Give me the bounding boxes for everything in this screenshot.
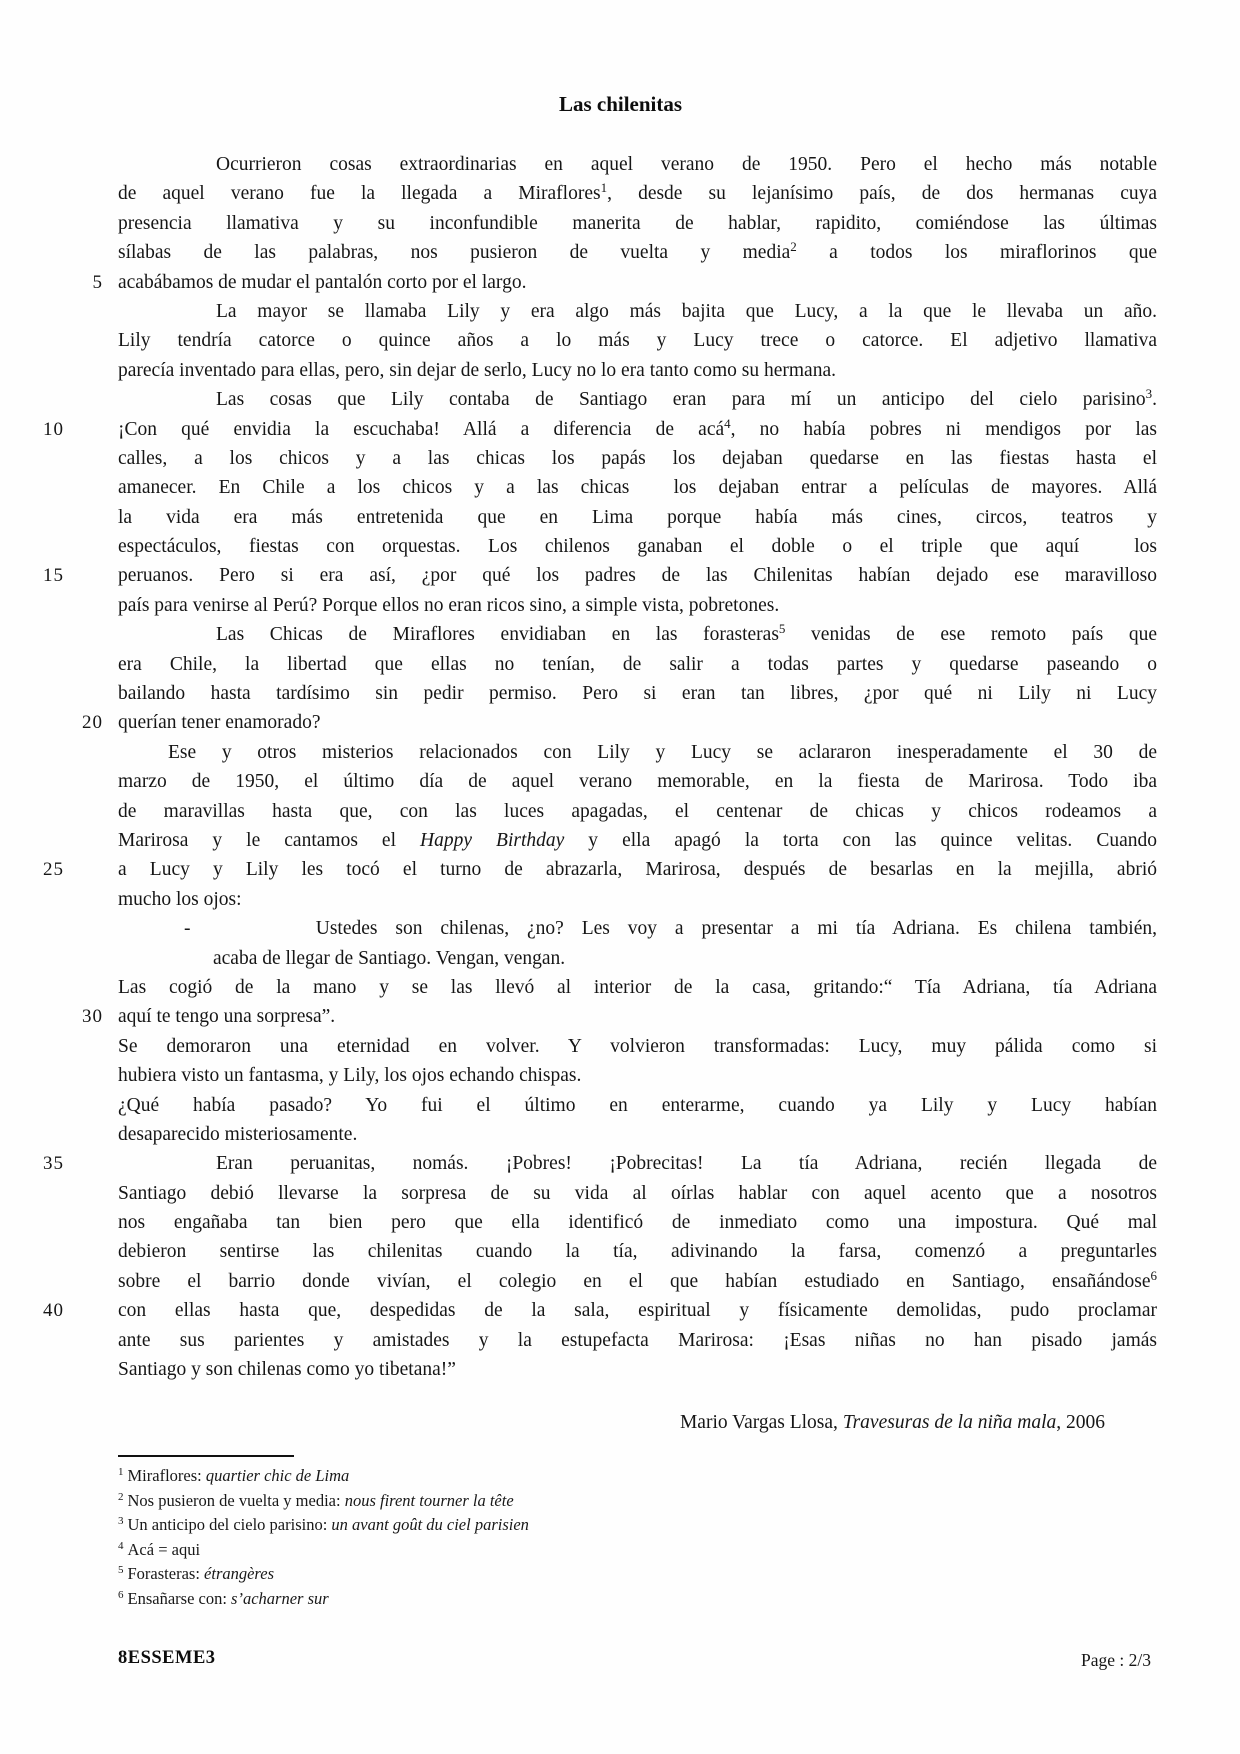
text-line: nos engañaba tan bien pero que ella iden… (118, 1208, 1157, 1237)
attribution: Mario Vargas Llosa, Travesuras de la niñ… (118, 1412, 1157, 1434)
text-run: Las cogió de la mano y se las llevó al i… (118, 977, 1157, 998)
text-line: La mayor se llamaba Lily y era algo más … (118, 297, 1157, 326)
text-run: mucho los ojos: (118, 889, 242, 910)
footnote-line: 4Acá = aqui (118, 1538, 1098, 1563)
footnote-line: 3Un anticipo del cielo parisino: un avan… (118, 1513, 1098, 1538)
text-run: Ese y otros misterios relacionados con L… (168, 742, 1157, 763)
text-run: , desde su lejanísimo país, de dos herma… (607, 183, 1157, 204)
text-run: marzo de 1950, el último día de aquel ve… (118, 771, 1157, 792)
footnote-number: 5 (118, 1564, 128, 1576)
text-line: 25a Lucy y Lily les tocó el turno de abr… (118, 855, 1157, 884)
text-run: desaparecido misteriosamente. (118, 1124, 357, 1145)
text-line: - Ustedes son chilenas, ¿no? Les voy a p… (118, 914, 1157, 943)
attribution-author: Mario Vargas Llosa, (680, 1412, 843, 1433)
text-run: Ensañarse con: (128, 1589, 232, 1608)
text-line: Ese y otros misterios relacionados con L… (118, 738, 1157, 767)
text-run: sílabas de las palabras, nos pusieron de… (118, 242, 790, 263)
footnote-line: 6Ensañarse con: s’acharner sur (118, 1587, 1098, 1612)
text-line: calles, a los chicos y a las chicas los … (118, 444, 1157, 473)
text-line: desaparecido misteriosamente. (118, 1120, 1157, 1149)
italic-text: un avant goût du ciel parisien (331, 1515, 529, 1534)
text-body: Ocurrieron cosas extraordinarias en aque… (118, 150, 1157, 1384)
text-line: 40con ellas hasta que, despedidas de la … (118, 1296, 1157, 1325)
text-line: 20querían tener enamorado? (118, 708, 1157, 737)
text-line: sobre el barrio donde vivían, el colegio… (118, 1267, 1157, 1296)
line-number: 15 (43, 561, 103, 590)
text-run: , no había pobres ni mendigos por las (731, 419, 1157, 440)
line-number: 5 (43, 268, 103, 297)
footnote-number: 6 (118, 1589, 128, 1601)
text-run: Ocurrieron cosas extraordinarias en aque… (216, 154, 1157, 175)
text-run: a todos los miraflorinos que (797, 242, 1157, 263)
text-line: 10¡Con qué envidia la escuchaba! Allá a … (118, 415, 1157, 444)
text-line: ante sus parientes y amistades y la estu… (118, 1326, 1157, 1355)
text-run: era Chile, la libertad que ellas no tení… (118, 654, 1157, 675)
footnote-marker: 5 (779, 621, 786, 636)
text-line: ¿Qué había pasado? Yo fui el último en e… (118, 1091, 1157, 1120)
text-line: 15peruanos. Pero si era así, ¿por qué lo… (118, 561, 1157, 590)
italic-text: étrangères (204, 1564, 274, 1583)
text-line: de aquel verano fue la llegada a Miraflo… (118, 179, 1157, 208)
italic-text: s’acharner sur (231, 1589, 329, 1608)
text-line: amanecer. En Chile a los chicos y a las … (118, 473, 1157, 502)
attribution-work-title: Travesuras de la niña mala (843, 1412, 1056, 1433)
text-run: bailando hasta tardísimo sin pedir permi… (118, 683, 1157, 704)
text-run: hubiera visto un fantasma, y Lily, los o… (118, 1065, 581, 1086)
text-line: acaba de llegar de Santiago. Vengan, ven… (118, 944, 1157, 973)
text-line: parecía inventado para ellas, pero, sin … (118, 356, 1157, 385)
footer-page-number: Page : 2/3 (118, 1650, 1157, 1671)
text-run: y ella apagó la torta con las quince vel… (564, 830, 1157, 851)
text-run: acabábamos de mudar el pantalón corto po… (118, 272, 526, 293)
text-run: nos engañaba tan bien pero que ella iden… (118, 1212, 1157, 1233)
text-run: - Ustedes son chilenas, ¿no? Les voy a p… (184, 918, 1157, 939)
text-line: mucho los ojos: (118, 885, 1157, 914)
footnote-number: 1 (118, 1466, 128, 1478)
text-line: marzo de 1950, el último día de aquel ve… (118, 767, 1157, 796)
text-line: Las cogió de la mano y se las llevó al i… (118, 973, 1157, 1002)
text-line: Las cosas que Lily contaba de Santiago e… (118, 385, 1157, 414)
footnote-line: 5Forasteras: étrangères (118, 1562, 1098, 1587)
footnote-marker: 6 (1151, 1268, 1158, 1283)
text-run: presencia llamativa y su inconfundible m… (118, 213, 1157, 234)
text-run: Marirosa y le cantamos el (118, 830, 420, 851)
text-run: de maravillas hasta que, con las luces a… (118, 801, 1157, 822)
text-line: espectáculos, fiestas con orquestas. Los… (118, 532, 1157, 561)
line-number: 40 (43, 1296, 103, 1325)
text-line: 30aquí te tengo una sorpresa”. (118, 1002, 1157, 1031)
text-run: espectáculos, fiestas con orquestas. Los… (118, 536, 1157, 557)
text-line: era Chile, la libertad que ellas no tení… (118, 650, 1157, 679)
text-run: Las Chicas de Miraflores envidiaban en l… (216, 624, 779, 645)
line-number: 35 (43, 1149, 103, 1178)
attribution-year: , 2006 (1056, 1412, 1105, 1433)
text-run: ante sus parientes y amistades y la estu… (118, 1330, 1157, 1351)
text-run: La mayor se llamaba Lily y era algo más … (216, 301, 1157, 322)
text-run: debieron sentirse las chilenitas cuando … (118, 1241, 1157, 1262)
text-run: Forasteras: (128, 1564, 205, 1583)
line-number: 10 (43, 415, 103, 444)
footnote-line: 1Miraflores: quartier chic de Lima (118, 1464, 1098, 1489)
line-number: 20 (43, 708, 103, 737)
footnote-marker: 4 (724, 416, 731, 431)
text-run: Nos pusieron de vuelta y media: (128, 1491, 345, 1510)
text-run: la vida era más entretenida que en Lima … (118, 507, 1157, 528)
text-run: Santiago y son chilenas como yo tibetana… (118, 1359, 456, 1380)
text-run: venidas de ese remoto país que (785, 624, 1157, 645)
text-run: calles, a los chicos y a las chicas los … (118, 448, 1157, 469)
text-run: Acá = aqui (128, 1540, 201, 1559)
text-line: debieron sentirse las chilenitas cuando … (118, 1237, 1157, 1266)
text-line: bailando hasta tardísimo sin pedir permi… (118, 679, 1157, 708)
text-run: Lily tendría catorce o quince años a lo … (118, 330, 1157, 351)
text-line: 35Eran peruanitas, nomás. ¡Pobres! ¡Pobr… (118, 1149, 1157, 1178)
italic-text: Happy Birthday (420, 830, 564, 851)
text-run: Se demoraron una eternidad en volver. Y … (118, 1036, 1157, 1057)
text-run: aquí te tengo una sorpresa”. (118, 1006, 335, 1027)
text-run: ¿Qué había pasado? Yo fui el último en e… (118, 1095, 1157, 1116)
text-run: sobre el barrio donde vivían, el colegio… (118, 1271, 1151, 1292)
text-run: Las cosas que Lily contaba de Santiago e… (216, 389, 1146, 410)
text-run: Un anticipo del cielo parisino: (128, 1515, 332, 1534)
text-line: sílabas de las palabras, nos pusieron de… (118, 238, 1157, 267)
text-run: querían tener enamorado? (118, 712, 320, 733)
text-line: 5acabábamos de mudar el pantalón corto p… (118, 268, 1157, 297)
footnote-number: 4 (118, 1540, 128, 1552)
text-run: parecía inventado para ellas, pero, sin … (118, 360, 836, 381)
text-line: país para venirse al Perú? Porque ellos … (118, 591, 1157, 620)
text-line: Marirosa y le cantamos el Happy Birthday… (118, 826, 1157, 855)
italic-text: nous firent tourner la tête (345, 1491, 514, 1510)
text-line: la vida era más entretenida que en Lima … (118, 503, 1157, 532)
text-line: Santiago y son chilenas como yo tibetana… (118, 1355, 1157, 1384)
footnote-number: 2 (118, 1491, 128, 1503)
text-line: Las Chicas de Miraflores envidiaban en l… (118, 620, 1157, 649)
text-line: presencia llamativa y su inconfundible m… (118, 209, 1157, 238)
text-line: Santiago debió llevarse la sorpresa de s… (118, 1179, 1157, 1208)
text-line: Lily tendría catorce o quince años a lo … (118, 326, 1157, 355)
text-run: Miraflores: (128, 1466, 206, 1485)
italic-text: quartier chic de Lima (206, 1466, 349, 1485)
text-run: Santiago debió llevarse la sorpresa de s… (118, 1183, 1157, 1204)
footnotes: 1Miraflores: quartier chic de Lima2Nos p… (118, 1464, 1098, 1611)
page-title: Las chilenitas (118, 92, 1123, 117)
text-run: Eran peruanitas, nomás. ¡Pobres! ¡Pobrec… (216, 1153, 1157, 1174)
text-run: de aquel verano fue la llegada a Miraflo… (118, 183, 601, 204)
text-run: acaba de llegar de Santiago. Vengan, ven… (213, 948, 565, 969)
text-run: a Lucy y Lily les tocó el turno de abraz… (118, 859, 1157, 880)
text-run: con ellas hasta que, despedidas de la sa… (118, 1300, 1157, 1321)
text-line: de maravillas hasta que, con las luces a… (118, 797, 1157, 826)
line-number: 30 (43, 1002, 103, 1031)
footnote-marker: 3 (1146, 386, 1153, 401)
footnote-marker: 1 (601, 180, 608, 195)
text-run: país para venirse al Perú? Porque ellos … (118, 595, 779, 616)
text-run: ¡Con qué envidia la escuchaba! Allá a di… (118, 419, 724, 440)
text-run: amanecer. En Chile a los chicos y a las … (118, 477, 1157, 498)
footnote-number: 3 (118, 1515, 128, 1527)
text-run: peruanos. Pero si era así, ¿por qué los … (118, 565, 1157, 586)
text-run: . (1152, 389, 1157, 410)
footnote-marker: 2 (790, 239, 797, 254)
footnote-separator (118, 1455, 294, 1457)
text-line: hubiera visto un fantasma, y Lily, los o… (118, 1061, 1157, 1090)
text-line: Ocurrieron cosas extraordinarias en aque… (118, 150, 1157, 179)
text-line: Se demoraron una eternidad en volver. Y … (118, 1032, 1157, 1061)
footnote-line: 2Nos pusieron de vuelta y media: nous fi… (118, 1489, 1098, 1514)
document-page: Las chilenitas Ocurrieron cosas extraord… (0, 0, 1240, 1754)
line-number: 25 (43, 855, 103, 884)
